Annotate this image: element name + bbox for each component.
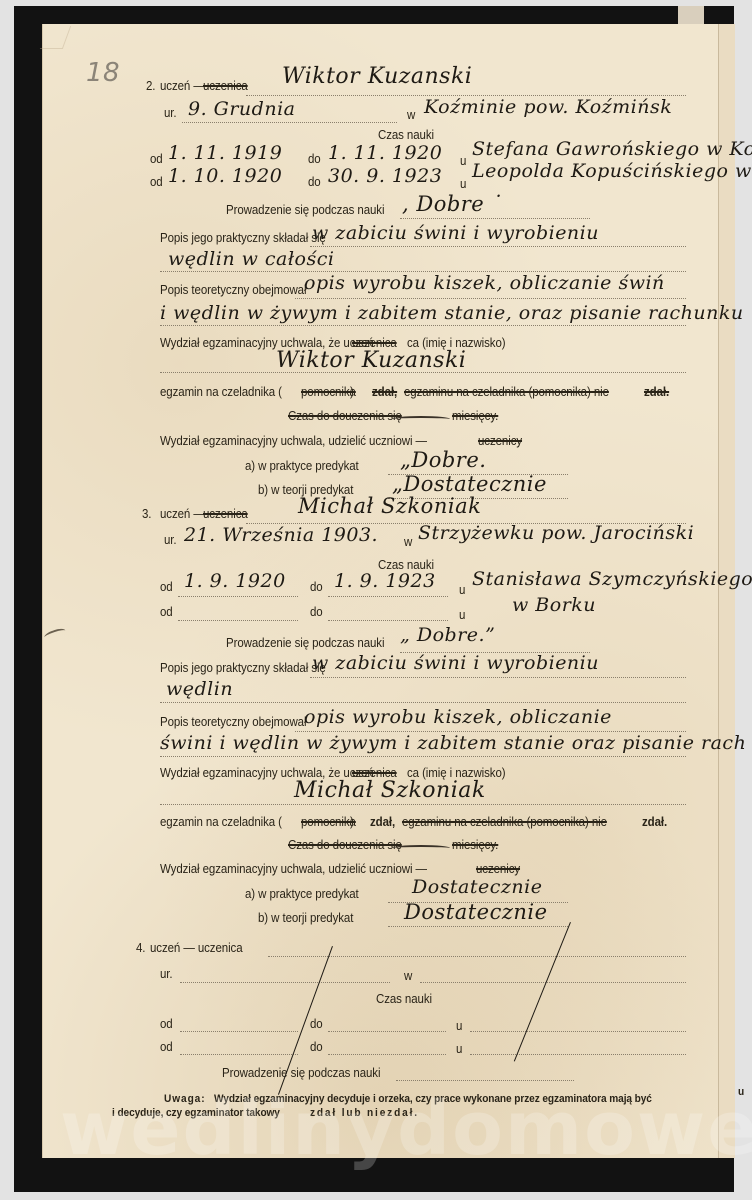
period-1-from: 1. 9. 1920 <box>184 570 286 592</box>
theory-line-2 <box>160 325 686 326</box>
practice-grade: „Dobre. <box>400 448 486 472</box>
remedial-time-struck: Czas do douczenia się <box>288 838 402 852</box>
conduct-line <box>400 218 590 219</box>
exam-negative-struck: egzaminu na czeladnika (pomocnika) nie <box>404 385 609 399</box>
theory-text-1: opis wyrobu kiszek, obliczanie <box>304 706 612 728</box>
master-line <box>470 1031 686 1032</box>
period-1-to: 1. 9. 1923 <box>334 570 436 592</box>
do-label: do <box>310 580 323 594</box>
ur-label: ur. <box>160 967 173 981</box>
do-label: do <box>308 152 321 166</box>
u-label: u <box>456 1042 462 1056</box>
months-struck: miesięcy. <box>452 409 498 423</box>
w-label: w <box>407 108 415 122</box>
to-line <box>328 1031 446 1032</box>
ur-label: ur. <box>164 533 177 547</box>
practical-text-2: wędlin <box>166 678 233 700</box>
born-date-line <box>182 122 397 123</box>
od-label: od <box>160 605 173 619</box>
theory-text-1: opis wyrobu kiszek, obliczanie świń <box>304 272 665 294</box>
period-2-master: Leopolda Kopuścińskiego w K <box>472 160 752 182</box>
period-1-from: 1. 11. 1919 <box>168 142 282 164</box>
practical-label: Popis jego praktyczny składał się <box>160 661 326 675</box>
pomocnika-struck: pomocnika <box>301 815 356 829</box>
period-1-to: 1. 11. 1920 <box>328 142 442 164</box>
practical-text-2: wędlin w całości <box>168 248 334 270</box>
theory-label: Popis teoretyczny obejmował <box>160 715 306 729</box>
theory-grade: Dostatecznie <box>404 900 548 924</box>
conduct-line <box>396 1080 574 1081</box>
passed-name-line <box>160 804 686 805</box>
period-1-master: Stefana Gawrońskiego w Ko <box>472 138 752 160</box>
uczenicy-struck: uczenicy <box>478 434 522 448</box>
do-label: do <box>308 175 321 189</box>
to-line <box>328 1054 446 1055</box>
period-1-master: Stanisława Szymczyńskiego <box>472 568 752 590</box>
u-label: u <box>459 583 465 597</box>
conduct-value: „ Dobre.” <box>400 624 495 646</box>
exam-negative-struck: egzaminu na czeladnika (pomocnika) nie <box>402 815 607 829</box>
exam-label: egzamin na czeladnika ( <box>160 815 282 829</box>
from-line <box>180 1031 298 1032</box>
born-place-line <box>420 982 686 983</box>
pomocnika-struck: pomocnika <box>301 385 356 399</box>
student-name: Wiktor Kuzanski <box>282 64 472 89</box>
conduct-value: , Dobre ˙ <box>402 192 502 216</box>
to-line <box>328 620 448 621</box>
period-2-to: 30. 9. 1923 <box>328 165 442 187</box>
master-line <box>470 1054 686 1055</box>
to-line <box>328 596 448 597</box>
w-label: w <box>404 535 412 549</box>
from-line <box>178 620 298 621</box>
entry-number: 4. <box>136 941 145 955</box>
practical-text-1: w zabiciu świni i wyrobieniu <box>312 222 599 244</box>
remedial-time-struck: Czas do douczenia się <box>288 409 402 423</box>
grant-label: Wydział egzaminacyjny uchwala, udzielić … <box>160 862 427 876</box>
period-2-master: w Borku <box>512 594 596 616</box>
student-name: Michał Szkoniak <box>298 494 481 518</box>
conduct-label: Prowadzenie się podczas nauki <box>226 636 384 650</box>
conduct-label: Prowadzenie się podczas nauki <box>222 1066 380 1080</box>
u-label: u <box>456 1019 462 1033</box>
watermark: wedlinydomowe.pl <box>60 1086 752 1172</box>
do-label: do <box>310 605 323 619</box>
adjacent-page-edge <box>718 24 735 1158</box>
practical-label: Popis jego praktyczny składał się <box>160 231 326 245</box>
czas-nauki-heading: Czas nauki <box>378 128 434 142</box>
practice-grade: Dostatecznie <box>412 876 542 898</box>
uczen-label: uczeń — <box>160 79 205 93</box>
exam-close: ) <box>350 385 354 399</box>
name-line <box>268 956 686 957</box>
entry-number: 3. <box>142 507 151 521</box>
period-2-from: 1. 10. 1920 <box>168 165 282 187</box>
u-label: u <box>459 608 465 622</box>
theory-grade-label: b) w teorji predykat <box>258 911 353 925</box>
uczenica-struck: uczenica <box>203 79 248 93</box>
w-label: w <box>404 969 412 983</box>
practical-line-1 <box>310 246 686 247</box>
od-label: od <box>160 1017 173 1031</box>
exam-label: egzamin na czeladnika ( <box>160 385 282 399</box>
ur-label: ur. <box>164 106 177 120</box>
born-place: Koźminie pow. Koźmińsk <box>424 96 672 118</box>
theory-label: Popis teoretyczny obejmował <box>160 283 306 297</box>
theory-grade: „Dostatecznie <box>392 472 547 496</box>
passed-name: Michał Szkoniak <box>294 778 486 803</box>
conduct-label: Prowadzenie się podczas nauki <box>226 203 384 217</box>
born-date-line <box>180 982 390 983</box>
grant-label: Wydział egzaminacyjny uchwala, udzielić … <box>160 434 427 448</box>
od-label: od <box>160 580 173 594</box>
uczen-uczenica-label: uczeń — uczenica <box>150 941 243 955</box>
theory-line-1 <box>295 298 686 299</box>
od-label: od <box>150 175 163 189</box>
theory-text-2: i wędlin w żywym i zabitem stanie, oraz … <box>160 302 744 324</box>
strike-line <box>392 416 450 422</box>
zdal-passed: zdał, <box>370 815 395 829</box>
exam-close: ) <box>350 815 354 829</box>
od-label: od <box>160 1040 173 1054</box>
strike-line <box>392 845 450 851</box>
u-label: u <box>460 177 466 191</box>
uczenicy-struck: uczenicy <box>476 862 520 876</box>
czas-nauki-heading: Czas nauki <box>376 992 432 1006</box>
do-label: do <box>310 1017 323 1031</box>
from-line <box>178 596 298 597</box>
u-label: u <box>460 154 466 168</box>
uczenica-struck: uczenica <box>203 507 248 521</box>
theory-text-2: świni i wędlin w żywym i zabitem stanie … <box>160 732 746 754</box>
practice-grade-label: a) w praktyce predykat <box>245 459 359 473</box>
passed-name: Wiktor Kuzanski <box>276 348 466 373</box>
born-date: 21. Września 1903. <box>184 524 378 546</box>
entry-number: 2. <box>146 79 155 93</box>
page-number: 18 <box>86 58 120 88</box>
theory-grade-line <box>388 926 568 927</box>
zdal-struck: zdał, <box>372 385 397 399</box>
zdal-end-struck: zdał. <box>644 385 669 399</box>
born-place: Strzyżewku pow. Jarociński <box>418 522 694 544</box>
practical-line-1 <box>310 677 686 678</box>
from-line <box>180 1054 298 1055</box>
do-label: do <box>310 1040 323 1054</box>
uczen-label: uczeń — <box>160 507 205 521</box>
born-date: 9. Grudnia <box>188 98 295 120</box>
od-label: od <box>150 152 163 166</box>
practice-grade-label: a) w praktyce predykat <box>245 887 359 901</box>
zdal-end: zdał. <box>642 815 667 829</box>
practical-line-2 <box>160 702 686 703</box>
practical-text-1: w zabiciu świni i wyrobieniu <box>312 652 599 674</box>
theory-line-2 <box>160 756 686 757</box>
months-struck: miesięcy. <box>452 838 498 852</box>
